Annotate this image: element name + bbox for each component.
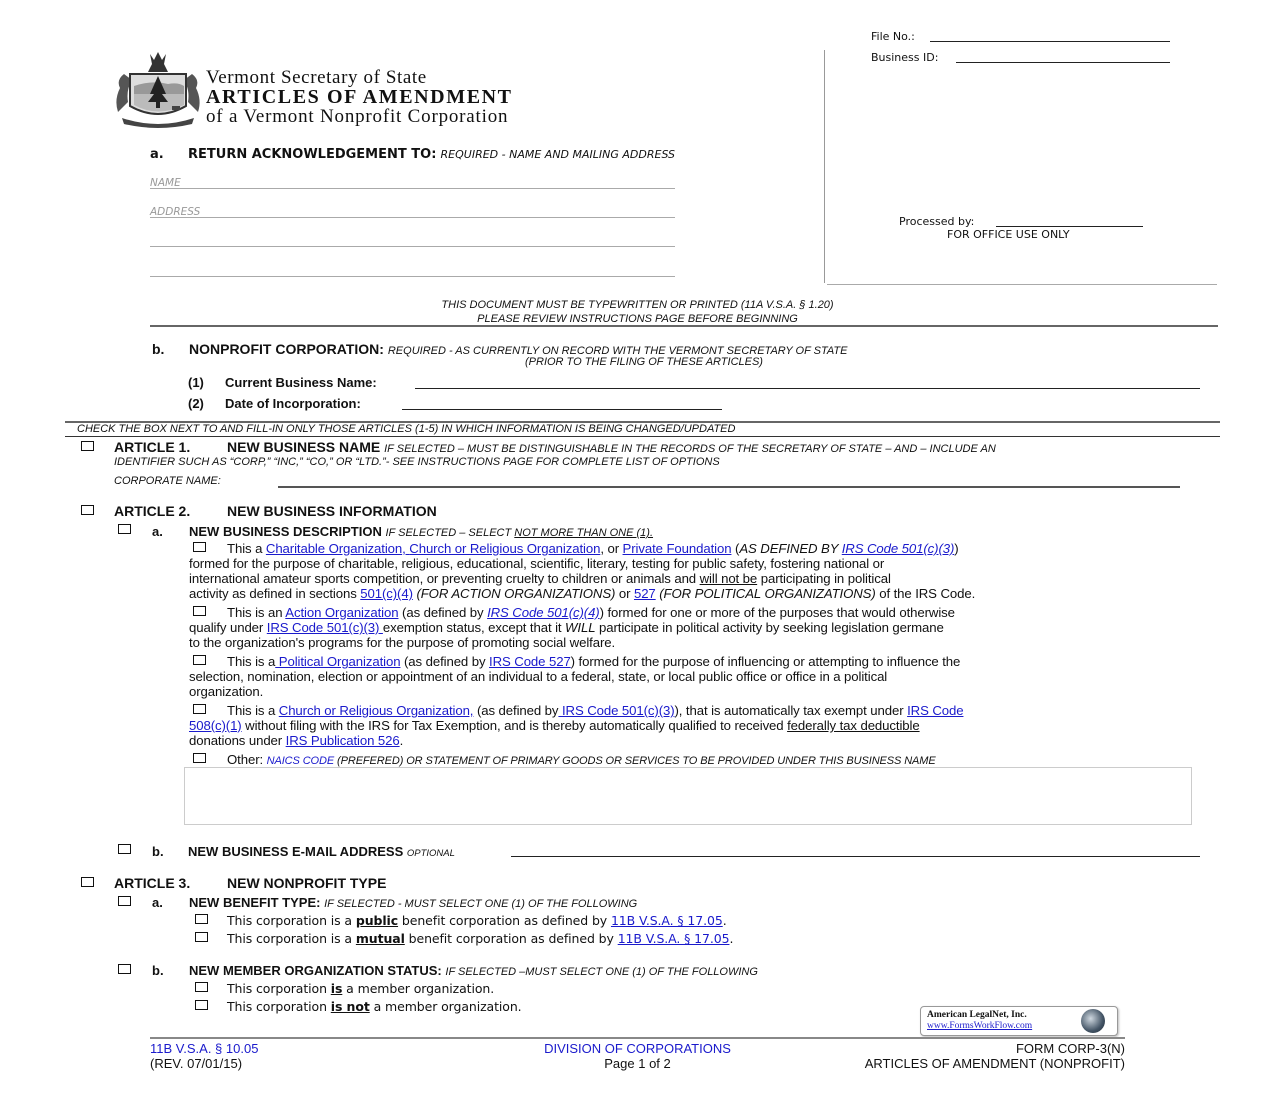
article-2b-note: OPTIONAL	[407, 848, 455, 859]
footer-rule	[150, 1037, 1125, 1039]
globe-icon	[1081, 1009, 1105, 1033]
article-1-note: IF SELECTED – MUST BE DISTINGUISHABLE IN…	[384, 443, 996, 455]
office-divider	[824, 50, 825, 283]
naics-code-link[interactable]: NAICS CODE	[267, 755, 334, 767]
article-2a-title: NEW BUSINESS DESCRIPTION	[189, 524, 382, 539]
other-description-textarea[interactable]	[184, 767, 1192, 825]
irs-code-508c1-link[interactable]: IRS Code	[907, 703, 963, 718]
business-id-field[interactable]	[956, 62, 1170, 63]
text: .	[723, 913, 727, 928]
notice-line2: PLEASE REVIEW INSTRUCTIONS PAGE BEFORE B…	[150, 312, 1125, 326]
emphasis: is not	[331, 999, 370, 1014]
section-b-heading: NONPROFIT CORPORATION: REQUIRED - AS CUR…	[189, 341, 847, 357]
option-church-line1: This is a Church or Religious Organizati…	[227, 703, 963, 718]
text: activity as defined in sections	[189, 586, 360, 601]
section-b-letter: b.	[152, 341, 164, 357]
mutual-benefit-option: This corporation is a mutual benefit cor…	[227, 931, 733, 946]
irs-code-501c3-link[interactable]: IRS Code 501(c)(3)	[842, 541, 955, 556]
article-3b-note: IF SELECTED –MUST SELECT ONE (1) OF THE …	[445, 966, 758, 978]
text: , or	[600, 541, 622, 556]
text: This a	[227, 541, 266, 556]
article-3b-checkbox[interactable]	[118, 964, 131, 974]
text: ), that is automatically tax exempt unde…	[675, 703, 908, 718]
is-not-member-org-checkbox[interactable]	[195, 1000, 208, 1010]
article-2a-heading: NEW BUSINESS DESCRIPTION IF SELECTED – S…	[189, 524, 653, 539]
article-3a-title: NEW BENEFIT TYPE:	[189, 895, 320, 910]
text: a member organization.	[342, 981, 494, 996]
public-benefit-checkbox[interactable]	[195, 914, 208, 924]
article-2a-checkbox[interactable]	[118, 524, 131, 534]
text: (as defined by	[398, 605, 487, 620]
file-no-label: File No.:	[871, 30, 915, 43]
text: participating in political	[757, 571, 891, 586]
is-not-member-org-option: This corporation is not a member organiz…	[227, 999, 522, 1014]
current-business-name-label: Current Business Name:	[225, 375, 377, 390]
text: international amateur sports competition…	[189, 571, 700, 586]
is-member-org-checkbox[interactable]	[195, 982, 208, 992]
option-action-org-checkbox[interactable]	[193, 606, 206, 616]
field-1-num: (1)	[188, 375, 204, 390]
article-2a-note-emphasis: NOT MORE THAN ONE (1).	[514, 527, 653, 539]
article-2a-note: IF SELECTED – SELECT	[385, 527, 514, 539]
footer-statute: 11B V.S.A. § 10.05	[150, 1041, 258, 1056]
article-1-label: ARTICLE 1.	[114, 439, 190, 455]
article-1-title: NEW BUSINESS NAME	[227, 439, 380, 455]
footer-revision: (REV. 07/01/15)	[150, 1056, 242, 1071]
return-address-line3[interactable]	[150, 276, 675, 277]
emphasis: is	[331, 981, 343, 996]
return-address-line2[interactable]	[150, 246, 675, 247]
option-charitable-line1: This a Charitable Organization, Church o…	[227, 541, 959, 556]
office-use-label: FOR OFFICE USE ONLY	[947, 228, 1070, 241]
article-1-note2: IDENTIFIER SUCH AS “CORP,” “INC,” “CO,” …	[114, 456, 720, 468]
option-charitable-line3: international amateur sports competition…	[189, 571, 891, 586]
text: This corporation is a	[227, 913, 356, 928]
legalnet-company: American LegalNet, Inc.	[927, 1010, 1027, 1020]
notice-rule	[150, 325, 1218, 327]
article-3a-checkbox[interactable]	[118, 896, 131, 906]
emphasis: public	[356, 913, 398, 928]
public-benefit-option: This corporation is a public benefit cor…	[227, 913, 727, 928]
section-b-title: NONPROFIT CORPORATION:	[189, 341, 384, 357]
business-email-field[interactable]	[511, 856, 1200, 857]
option-church-line2: 508(c)(1) without filing with the IRS fo…	[189, 718, 920, 733]
legalnet-badge: American LegalNet, Inc. www.FormsWorkFlo…	[920, 1006, 1118, 1036]
footer-form-title: ARTICLES OF AMENDMENT (NONPROFIT)	[725, 1056, 1125, 1071]
section-a-heading: RETURN ACKNOWLEDGEMENT TO: REQUIRED - NA…	[188, 147, 675, 162]
current-business-name-field[interactable]	[415, 388, 1200, 389]
article-3b-heading: NEW MEMBER ORGANIZATION STATUS: IF SELEC…	[189, 963, 758, 978]
corporate-name-label: CORPORATE NAME:	[114, 475, 221, 487]
irs-code-508c1-link[interactable]: 508(c)(1)	[189, 718, 242, 733]
form-subtitle: of a Vermont Nonprofit Corporation	[206, 106, 508, 128]
irs-code-501c3-link[interactable]: IRS Code 501(c)(3)	[558, 703, 674, 718]
option-political-org-line2: selection, nomination, election or appoi…	[189, 669, 887, 684]
business-id-label: Business ID:	[871, 51, 938, 64]
section-a-title: RETURN ACKNOWLEDGEMENT TO:	[188, 147, 436, 162]
option-other-checkbox[interactable]	[193, 753, 206, 763]
church-religious-organization-link[interactable]: Church or Religious Organization	[409, 541, 600, 556]
option-church-checkbox[interactable]	[193, 704, 206, 714]
option-political-org-line3: organization.	[189, 684, 263, 699]
text: This is a	[227, 703, 279, 718]
section-a-letter: a.	[150, 147, 164, 162]
text: (as defined by	[473, 703, 558, 718]
private-foundation-link[interactable]: Private Foundation	[623, 541, 732, 556]
article-3-title: NEW NONPROFIT TYPE	[227, 875, 386, 891]
article-2-label: ARTICLE 2.	[114, 503, 190, 519]
501c4-link[interactable]: 501(c)(4)	[360, 586, 413, 601]
action-organization-link[interactable]: Action Organization	[285, 605, 398, 620]
article-3-label: ARTICLE 3.	[114, 875, 190, 891]
irs-code-501c4-link[interactable]: IRS Code 501(c)(4)	[487, 605, 600, 620]
text: (FOR POLITICAL ORGANIZATIONS)	[656, 586, 876, 601]
typewritten-notice: THIS DOCUMENT MUST BE TYPEWRITTEN OR PRI…	[150, 298, 1125, 326]
option-charitable-checkbox[interactable]	[193, 542, 206, 552]
return-address-field[interactable]	[150, 217, 675, 218]
option-political-org-checkbox[interactable]	[193, 655, 206, 665]
processed-by-field[interactable]	[996, 226, 1143, 227]
article-2b-letter: b.	[152, 844, 164, 859]
return-name-field[interactable]	[150, 188, 675, 189]
text: qualify under	[189, 620, 267, 635]
option-action-org-line2: qualify under IRS Code 501(c)(3) exempti…	[189, 620, 944, 635]
footer-form-number: FORM CORP-3(N)	[725, 1041, 1125, 1056]
legalnet-url[interactable]: www.FormsWorkFlow.com	[927, 1021, 1032, 1031]
irs-code-501c3-link[interactable]: IRS Code 501(c)(3)	[267, 620, 383, 635]
article-2b-heading: NEW BUSINESS E-MAIL ADDRESS OPTIONAL	[188, 844, 455, 859]
emphasis: will not be	[700, 571, 758, 586]
text: This is a	[227, 654, 275, 669]
option-action-org-line1: This is an Action Organization (as defin…	[227, 605, 955, 620]
church-religious-organization-link[interactable]: Church or Religious Organization,	[279, 703, 474, 718]
text: ) formed for the purpose of influencing …	[571, 654, 961, 669]
charitable-organization-link[interactable]: Charitable Organization	[266, 541, 402, 556]
emphasis: mutual	[356, 931, 405, 946]
article-1-heading: NEW BUSINESS NAME IF SELECTED – MUST BE …	[227, 439, 996, 455]
text: )	[954, 541, 958, 556]
mutual-benefit-checkbox[interactable]	[195, 932, 208, 942]
text: exemption status, except that it	[383, 620, 565, 635]
emphasis: federally tax deductible	[787, 718, 920, 733]
text: (as defined by	[400, 654, 489, 669]
text: AS DEFINED BY	[739, 541, 841, 556]
date-of-incorporation-field[interactable]	[402, 409, 722, 410]
processed-by-label: Processed by:	[899, 215, 974, 228]
statute-17-05-link[interactable]: 11B V.S.A. § 17.05	[618, 931, 730, 946]
notice-line1: THIS DOCUMENT MUST BE TYPEWRITTEN OR PRI…	[150, 298, 1125, 312]
office-bottom-rule	[827, 284, 1217, 285]
option-church-line3: donations under IRS Publication 526.	[189, 733, 403, 748]
article-3a-note: IF SELECTED - MUST SELECT ONE (1) OF THE…	[324, 898, 637, 910]
text: This corporation	[227, 981, 331, 996]
article-3-checkbox[interactable]	[81, 877, 94, 887]
text: Other:	[227, 752, 267, 767]
text: .	[729, 931, 733, 946]
date-of-incorporation-label: Date of Incorporation:	[225, 396, 361, 411]
section-b-note2: (PRIOR TO THE FILING OF THESE ARTICLES)	[525, 356, 763, 368]
instruction-text: CHECK THE BOX NEXT TO AND FILL-IN ONLY T…	[77, 423, 735, 435]
text: (PREFERED) OR STATEMENT OF PRIMARY GOODS…	[334, 755, 936, 767]
option-charitable-line4: activity as defined in sections 501(c)(4…	[189, 586, 975, 601]
option-charitable-line2: formed for the purpose of charitable, re…	[189, 556, 884, 571]
political-organization-link[interactable]: Political Organization	[275, 654, 400, 669]
text: This corporation is a	[227, 931, 356, 946]
text: without filing with the IRS for Tax Exem…	[242, 718, 787, 733]
article-2-title: NEW BUSINESS INFORMATION	[227, 503, 437, 519]
text: (FOR ACTION ORGANIZATIONS)	[413, 586, 615, 601]
text: donations under	[189, 733, 286, 748]
section-a-note: REQUIRED - NAME AND MAILING ADDRESS	[441, 148, 676, 161]
article-3a-heading: NEW BENEFIT TYPE: IF SELECTED - MUST SEL…	[189, 895, 637, 910]
527-link[interactable]: 527	[634, 586, 656, 601]
text: This is an	[227, 605, 285, 620]
article-3b-title: NEW MEMBER ORGANIZATION STATUS:	[189, 963, 442, 978]
text: ) formed for one or more of the purposes…	[600, 605, 955, 620]
text: participate in political activity by see…	[595, 620, 943, 635]
is-member-org-option: This corporation is a member organizatio…	[227, 981, 494, 996]
text: or	[615, 586, 634, 601]
emphasis: WILL	[565, 620, 595, 635]
text: This corporation	[227, 999, 331, 1014]
vermont-seal-icon	[112, 50, 204, 128]
option-action-org-line3: to the organization's programs for the p…	[189, 635, 615, 650]
article-2b-title: NEW BUSINESS E-MAIL ADDRESS	[188, 844, 403, 859]
text: benefit corporation as defined by	[398, 913, 611, 928]
irs-publication-526-link[interactable]: IRS Publication 526	[286, 733, 400, 748]
option-political-org-line1: This is a Political Organization (as def…	[227, 654, 960, 669]
text: a member organization.	[370, 999, 522, 1014]
article-1-checkbox[interactable]	[81, 441, 94, 451]
text: benefit corporation as defined by	[405, 931, 618, 946]
text: .	[400, 733, 404, 748]
file-no-field[interactable]	[930, 41, 1170, 42]
article-2b-checkbox[interactable]	[118, 844, 131, 854]
article-2-checkbox[interactable]	[81, 505, 94, 515]
statute-17-05-link[interactable]: 11B V.S.A. § 17.05	[611, 913, 723, 928]
article-3b-letter: b.	[152, 963, 164, 978]
article-3a-letter: a.	[152, 895, 163, 910]
text: of the IRS Code.	[876, 586, 975, 601]
instruction-bottom-rule	[65, 436, 1220, 437]
article-2a-letter: a.	[152, 524, 163, 539]
field-2-num: (2)	[188, 396, 204, 411]
irs-code-527-link[interactable]: IRS Code 527	[489, 654, 571, 669]
corporate-name-field[interactable]	[278, 486, 1180, 488]
